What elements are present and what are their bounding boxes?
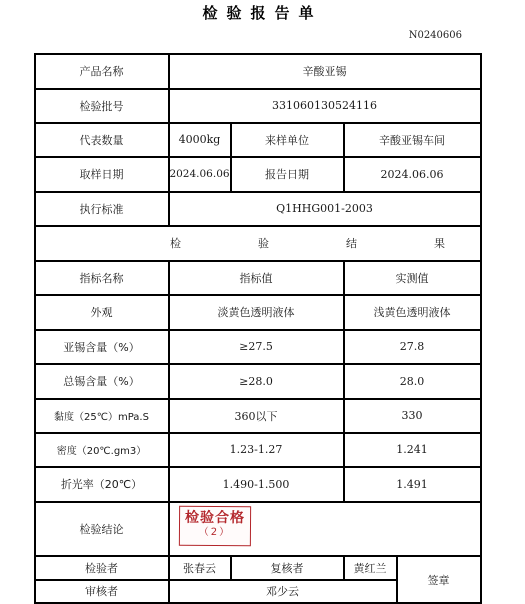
results-section-title: 检验结果 xyxy=(35,226,480,260)
result-row-spec: 1.23-1.27 xyxy=(169,433,343,466)
inspector-name: 张春云 xyxy=(169,556,230,579)
column-header-indicator: 指标名称 xyxy=(35,261,168,294)
seal-label: 签章 xyxy=(397,556,480,603)
section-title-char: 果 xyxy=(434,235,454,251)
reviewer-label: 复核者 xyxy=(231,556,343,579)
section-title-char: 检 xyxy=(170,235,258,251)
product-name-label: 产品名称 xyxy=(35,54,168,88)
result-row-spec: ≥27.5 xyxy=(169,330,343,363)
approver-label: 审核者 xyxy=(35,580,168,602)
report-date-label: 报告日期 xyxy=(231,157,343,191)
table-border-right xyxy=(480,53,482,604)
quantity-label: 代表数量 xyxy=(35,123,168,156)
column-header-spec: 指标值 xyxy=(169,261,343,294)
result-row-name: 外观 xyxy=(35,295,168,329)
report-date-value: 2024.06.06 xyxy=(344,157,480,191)
batch-number-label: 检验批号 xyxy=(35,89,168,122)
result-row-name: 黏度（25℃）mPa.S xyxy=(35,399,168,432)
result-row-measured: 浅黄色透明液体 xyxy=(344,295,480,329)
sampling-date-value: 2024.06.06 xyxy=(169,157,230,191)
column-header-measured: 实测值 xyxy=(344,261,480,294)
document-number: N0240606 xyxy=(400,30,462,41)
result-row-measured: 28.0 xyxy=(344,364,480,398)
approver-name: 邓少云 xyxy=(169,580,396,602)
result-row-spec: 360以下 xyxy=(169,399,343,432)
result-row-measured: 1.241 xyxy=(344,433,480,466)
section-title-char: 验 xyxy=(258,235,346,251)
source-unit-value: 辛酸亚锡车间 xyxy=(344,123,480,156)
result-row-measured: 27.8 xyxy=(344,330,480,363)
standard-value: Q1HHG001-2003 xyxy=(169,192,480,225)
batch-number-value: 331060130524116 xyxy=(169,89,480,122)
result-row-name: 亚锡含量（%） xyxy=(35,330,168,363)
reviewer-name: 黄红兰 xyxy=(344,556,396,579)
result-row-spec: 1.490-1.500 xyxy=(169,467,343,501)
sampling-date-label: 取样日期 xyxy=(35,157,168,191)
stamp-number: （2） xyxy=(180,527,250,539)
pass-stamp: 检验合格 （2） xyxy=(179,506,251,547)
source-unit-label: 来样单位 xyxy=(231,123,343,156)
conclusion-label: 检验结论 xyxy=(35,502,168,555)
quantity-value: 4000kg xyxy=(169,123,230,156)
document-title: 检验报告单 xyxy=(0,2,525,23)
result-row-measured: 330 xyxy=(344,399,480,432)
result-row-name: 总锡含量（%） xyxy=(35,364,168,398)
result-row-spec: 淡黄色透明液体 xyxy=(169,295,343,329)
inspector-label: 检验者 xyxy=(35,556,168,579)
section-title-char: 结 xyxy=(346,235,434,251)
product-name-value: 辛酸亚锡 xyxy=(169,54,480,88)
stamp-text: 检验合格 xyxy=(180,509,250,527)
result-row-spec: ≥28.0 xyxy=(169,364,343,398)
result-row-measured: 1.491 xyxy=(344,467,480,501)
standard-label: 执行标准 xyxy=(35,192,168,225)
result-row-name: 密度（20℃.gm3） xyxy=(35,433,168,466)
result-row-name: 折光率（20℃） xyxy=(35,467,168,501)
